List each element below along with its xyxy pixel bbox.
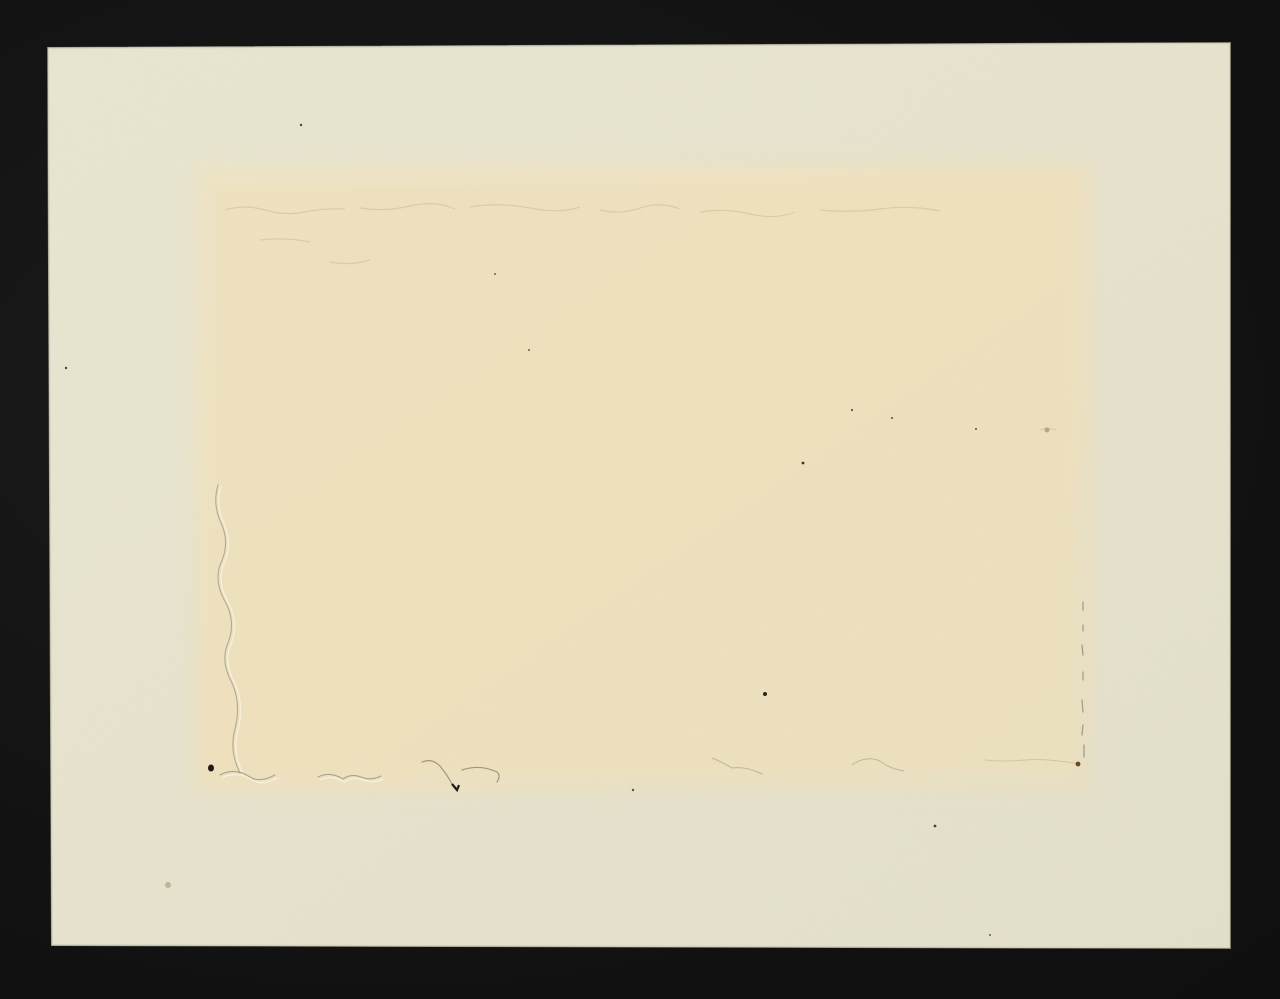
- paper-sheet: [0, 0, 1280, 999]
- plate-ghost-core: [215, 185, 1070, 770]
- photo-stage: [0, 0, 1280, 999]
